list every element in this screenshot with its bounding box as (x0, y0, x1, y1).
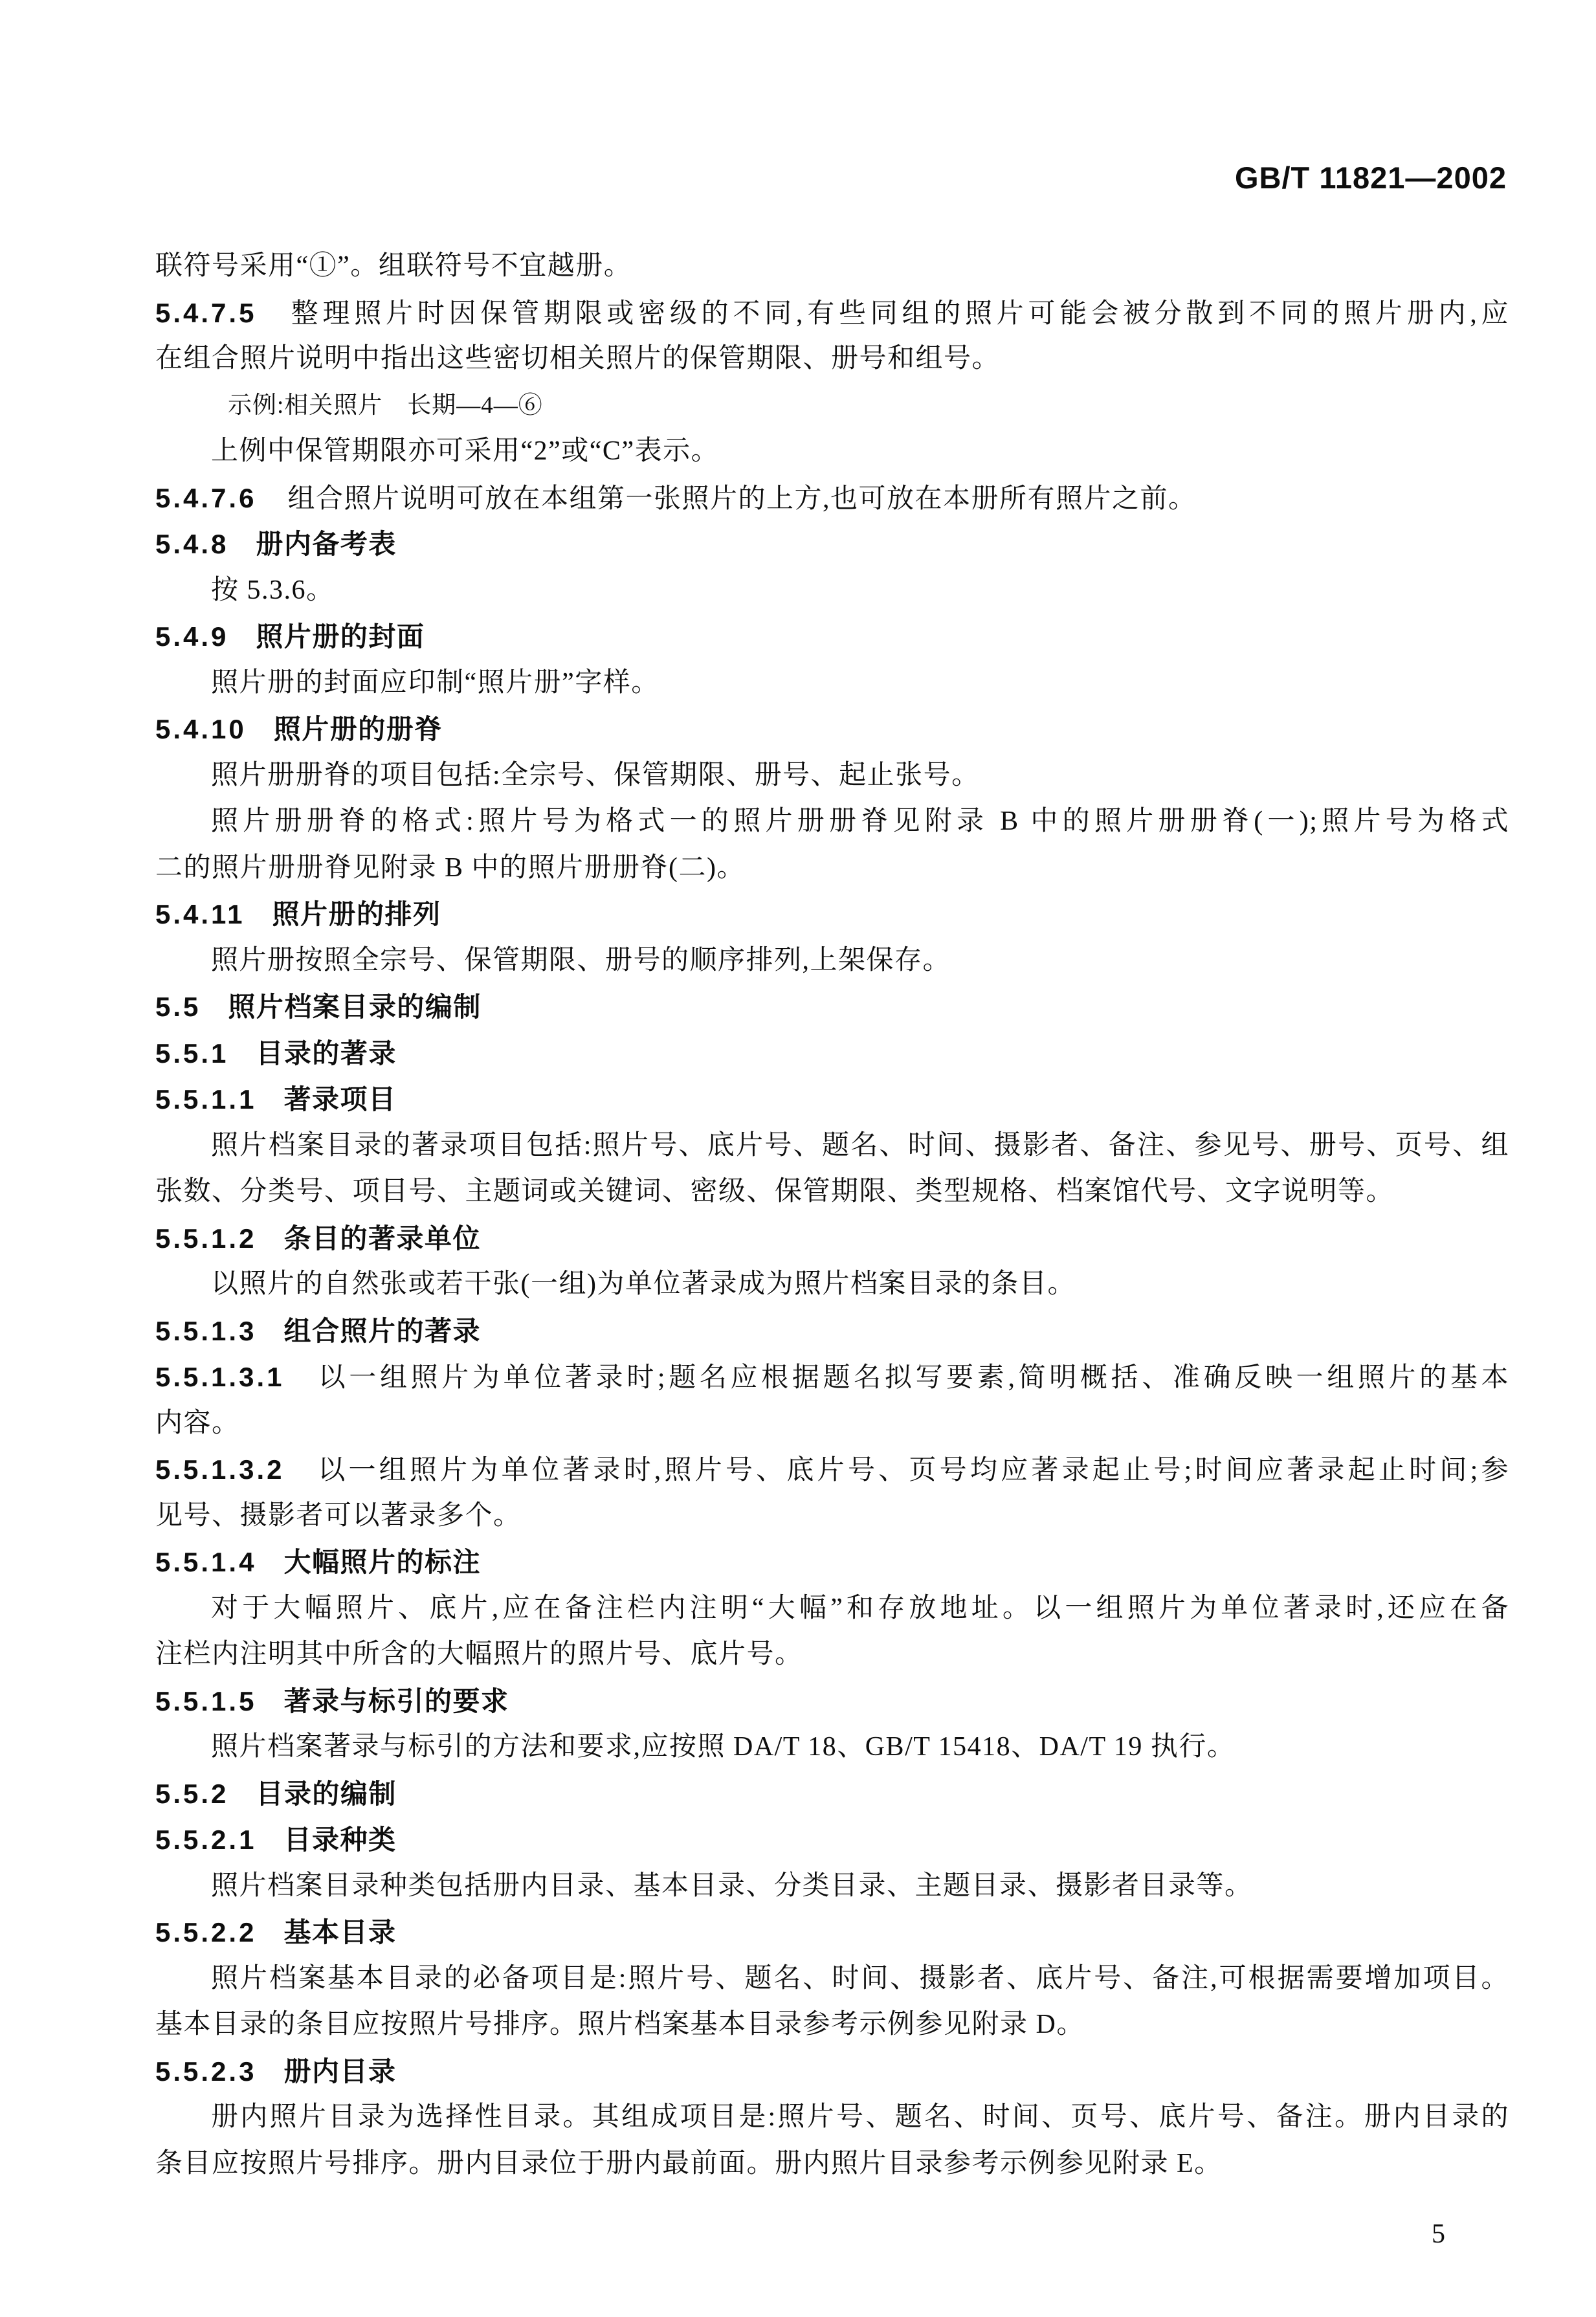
section-heading: 5.4.10照片册的册脊 (155, 706, 1509, 753)
section-heading: 5.4.8册内备考表 (155, 521, 1509, 568)
line-text: 以照片的自然张或若干张(一组)为单位著录成为照片档案目录的条目。 (211, 1269, 1076, 1299)
line-text: 以一组照片为单位著录时,照片号、底片号、页号均应著录起止号;时间应著录起止时间;… (315, 1456, 1509, 1485)
line-text: 照片册按照全宗号、保管期限、册号的顺序排列,上架保存。 (211, 946, 951, 975)
section-heading: 5.5.2.1目录种类 (155, 1817, 1509, 1863)
text-line: 二的照片册册脊见附录 B 中的照片册册脊(二)。 (155, 845, 1509, 892)
section-heading: 5.5.1.1著录项目 (155, 1076, 1509, 1123)
text-line: 以照片的自然张或若干张(一组)为单位著录成为照片档案目录的条目。 (155, 1261, 1509, 1308)
text-line: 见号、摄影者可以著录多个。 (155, 1493, 1509, 1540)
clause-number: 5.5 (155, 992, 201, 1022)
text-line: 张数、分类号、项目号、主题词或关键词、密级、保管期限、类型规格、档案馆代号、文字… (155, 1169, 1509, 1215)
clause-number: 5.5.1.2 (155, 1223, 256, 1254)
line-text: 上例中保管期限亦可采用“2”或“C”表示。 (211, 436, 719, 466)
line-text: 大幅照片的标注 (283, 1547, 481, 1577)
clause-number: 5.4.9 (155, 621, 228, 652)
text-line: 照片册册脊的格式:照片号为格式一的照片册册脊见附录 B 中的照片册册脊(一);照… (155, 799, 1509, 845)
section-heading: 5.5.2.2基本目录 (155, 1909, 1509, 1956)
section-heading: 5.5照片档案目录的编制 (155, 984, 1509, 1030)
clause-number: 5.4.8 (155, 529, 228, 559)
text-line: 照片档案目录的著录项目包括:照片号、底片号、题名、时间、摄影者、备注、参见号、册… (155, 1123, 1509, 1170)
text-line: 内容。 (155, 1401, 1509, 1447)
line-text: 著录与标引的要求 (283, 1686, 509, 1716)
line-text: 见号、摄影者可以著录多个。 (155, 1501, 522, 1531)
text-line: 示例:相关照片 长期—4—⑥ (155, 382, 1509, 429)
page-number: 5 (1432, 2219, 1445, 2250)
line-text: 照片册的封面 (256, 621, 425, 652)
line-text: 联符号采用“①”。组联符号不宜越册。 (155, 251, 632, 281)
clause-number: 5.4.7.6 (155, 483, 256, 513)
clause-number: 5.5.1.3.1 (155, 1362, 284, 1392)
line-text: 照片册册脊的项目包括:全宗号、保管期限、册号、起止张号。 (211, 760, 980, 790)
document-page: GB/T 11821—2002 联符号采用“①”。组联符号不宜越册。5.4.7.… (0, 0, 1596, 2317)
clause-number: 5.5.1.3 (155, 1316, 256, 1346)
section-heading: 5.5.1.4大幅照片的标注 (155, 1539, 1509, 1586)
line-text: 条目应按照片号排序。册内目录位于册内最前面。册内照片目录参考示例参见附录 E。 (155, 2149, 1223, 2178)
line-text: 对于大幅照片、底片,应在备注栏内注明“大幅”和存放地址。以一组照片为单位著录时,… (211, 1593, 1509, 1623)
section-heading: 5.4.9照片册的封面 (155, 614, 1509, 660)
clause-number: 5.5.1.4 (155, 1547, 256, 1577)
line-text: 册内目录 (283, 2056, 396, 2087)
line-text: 在组合照片说明中指出这些密切相关照片的保管期限、册号和组号。 (155, 344, 1000, 373)
line-text: 条目的著录单位 (283, 1223, 481, 1254)
section-heading: 5.5.2目录的编制 (155, 1771, 1509, 1817)
text-line: 照片档案目录种类包括册内目录、基本目录、分类目录、主题目录、摄影者目录等。 (155, 1863, 1509, 1910)
text-line: 照片册按照全宗号、保管期限、册号的顺序排列,上架保存。 (155, 938, 1509, 984)
clause-number: 5.5.1.1 (155, 1084, 256, 1114)
text-line: 条目应按照片号排序。册内目录位于册内最前面。册内照片目录参考示例参见附录 E。 (155, 2141, 1509, 2188)
section-heading: 5.5.1.5著录与标引的要求 (155, 1678, 1509, 1725)
line-text: 示例:相关照片 长期—4—⑥ (228, 392, 543, 419)
text-line: 上例中保管期限亦可采用“2”或“C”表示。 (155, 428, 1509, 475)
clause-number: 5.4.11 (155, 899, 245, 929)
line-text: 组合照片说明可放在本组第一张照片的上方,也可放在本册所有照片之前。 (287, 484, 1196, 514)
line-text: 按 5.3.6。 (211, 575, 335, 605)
line-text: 目录的编制 (256, 1779, 397, 1809)
text-line: 照片册册脊的项目包括:全宗号、保管期限、册号、起止张号。 (155, 753, 1509, 799)
line-text: 照片档案目录种类包括册内目录、基本目录、分类目录、主题目录、摄影者目录等。 (211, 1871, 1253, 1901)
line-text: 册内备考表 (256, 529, 397, 559)
text-line: 册内照片目录为选择性目录。其组成项目是:照片号、题名、时间、页号、底片号、备注。… (155, 2094, 1509, 2141)
section-heading: 5.5.1.3组合照片的著录 (155, 1308, 1509, 1355)
clause-number: 5.4.7.5 (155, 298, 256, 328)
text-line: 联符号采用“①”。组联符号不宜越册。 (155, 243, 1509, 290)
clause-number: 5.5.2.1 (155, 1824, 256, 1855)
line-text: 注栏内注明其中所含的大幅照片的照片号、底片号。 (155, 1639, 803, 1669)
line-text: 基本目录的条目应按照片号排序。照片档案基本目录参考示例参见附录 D。 (155, 2010, 1085, 2039)
text-line: 5.5.1.3.1以一组照片为单位著录时;题名应根据题名拟写要素,简明概括、准确… (155, 1354, 1509, 1401)
clause-number: 5.5.2.3 (155, 2056, 256, 2087)
line-text: 照片册的册脊 (274, 714, 443, 744)
text-line: 5.4.7.6组合照片说明可放在本组第一张照片的上方,也可放在本册所有照片之前。 (155, 475, 1509, 522)
clause-number: 5.4.10 (155, 714, 247, 744)
line-text: 照片册的排列 (272, 899, 441, 929)
section-heading: 5.5.2.3册内目录 (155, 2048, 1509, 2095)
text-line: 在组合照片说明中指出这些密切相关照片的保管期限、册号和组号。 (155, 336, 1509, 382)
line-text: 照片档案目录的编制 (228, 992, 482, 1022)
clause-number: 5.5.1 (155, 1038, 228, 1069)
section-heading: 5.4.11照片册的排列 (155, 891, 1509, 938)
line-text: 内容。 (155, 1408, 240, 1438)
line-text: 基本目录 (283, 1917, 396, 1947)
line-text: 目录种类 (283, 1824, 396, 1855)
document-body: 联符号采用“①”。组联符号不宜越册。5.4.7.5整理照片时因保管期限或密级的不… (155, 243, 1509, 2187)
text-line: 照片册的封面应印制“照片册”字样。 (155, 660, 1509, 707)
line-text: 整理照片时因保管期限或密级的不同,有些同组的照片可能会被分散到不同的照片册内,应 (287, 299, 1509, 329)
line-text: 目录的著录 (256, 1038, 397, 1069)
line-text: 照片档案著录与标引的方法和要求,应按照 DA/T 18、GB/T 15418、D… (211, 1732, 1235, 1762)
standard-code-header: GB/T 11821—2002 (1235, 160, 1507, 195)
line-text: 照片档案基本目录的必备项目是:照片号、题名、时间、摄影者、底片号、备注,可根据需… (211, 1964, 1509, 1993)
line-text: 照片册册脊的格式:照片号为格式一的照片册册脊见附录 B 中的照片册册脊(一);照… (211, 806, 1509, 836)
line-text: 组合照片的著录 (283, 1316, 481, 1346)
clause-number: 5.5.1.5 (155, 1686, 256, 1716)
clause-number: 5.5.1.3.2 (155, 1454, 284, 1485)
line-text: 张数、分类号、项目号、主题词或关键词、密级、保管期限、类型规格、档案馆代号、文字… (155, 1177, 1394, 1206)
clause-number: 5.5.2.2 (155, 1917, 256, 1947)
clause-number: 5.5.2 (155, 1779, 228, 1809)
text-line: 5.5.1.3.2以一组照片为单位著录时,照片号、底片号、页号均应著录起止号;时… (155, 1447, 1509, 1493)
section-heading: 5.5.1.2条目的著录单位 (155, 1215, 1509, 1262)
text-line: 基本目录的条目应按照片号排序。照片档案基本目录参考示例参见附录 D。 (155, 2002, 1509, 2048)
text-line: 5.4.7.5整理照片时因保管期限或密级的不同,有些同组的照片可能会被分散到不同… (155, 290, 1509, 337)
text-line: 照片档案基本目录的必备项目是:照片号、题名、时间、摄影者、底片号、备注,可根据需… (155, 1956, 1509, 2002)
line-text: 照片册的封面应印制“照片册”字样。 (211, 668, 659, 698)
section-heading: 5.5.1目录的著录 (155, 1030, 1509, 1077)
line-text: 以一组照片为单位著录时;题名应根据题名拟写要素,简明概括、准确反映一组照片的基本 (315, 1363, 1509, 1393)
line-text: 著录项目 (283, 1084, 396, 1114)
text-line: 照片档案著录与标引的方法和要求,应按照 DA/T 18、GB/T 15418、D… (155, 1724, 1509, 1771)
line-text: 二的照片册册脊见附录 B 中的照片册册脊(二)。 (155, 853, 745, 883)
line-text: 册内照片目录为选择性目录。其组成项目是:照片号、题名、时间、页号、底片号、备注。… (211, 2102, 1509, 2132)
line-text: 照片档案目录的著录项目包括:照片号、底片号、题名、时间、摄影者、备注、参见号、册… (211, 1131, 1509, 1170)
text-line: 注栏内注明其中所含的大幅照片的照片号、底片号。 (155, 1632, 1509, 1678)
text-line: 按 5.3.6。 (155, 568, 1509, 614)
text-line: 对于大幅照片、底片,应在备注栏内注明“大幅”和存放地址。以一组照片为单位著录时,… (155, 1586, 1509, 1632)
